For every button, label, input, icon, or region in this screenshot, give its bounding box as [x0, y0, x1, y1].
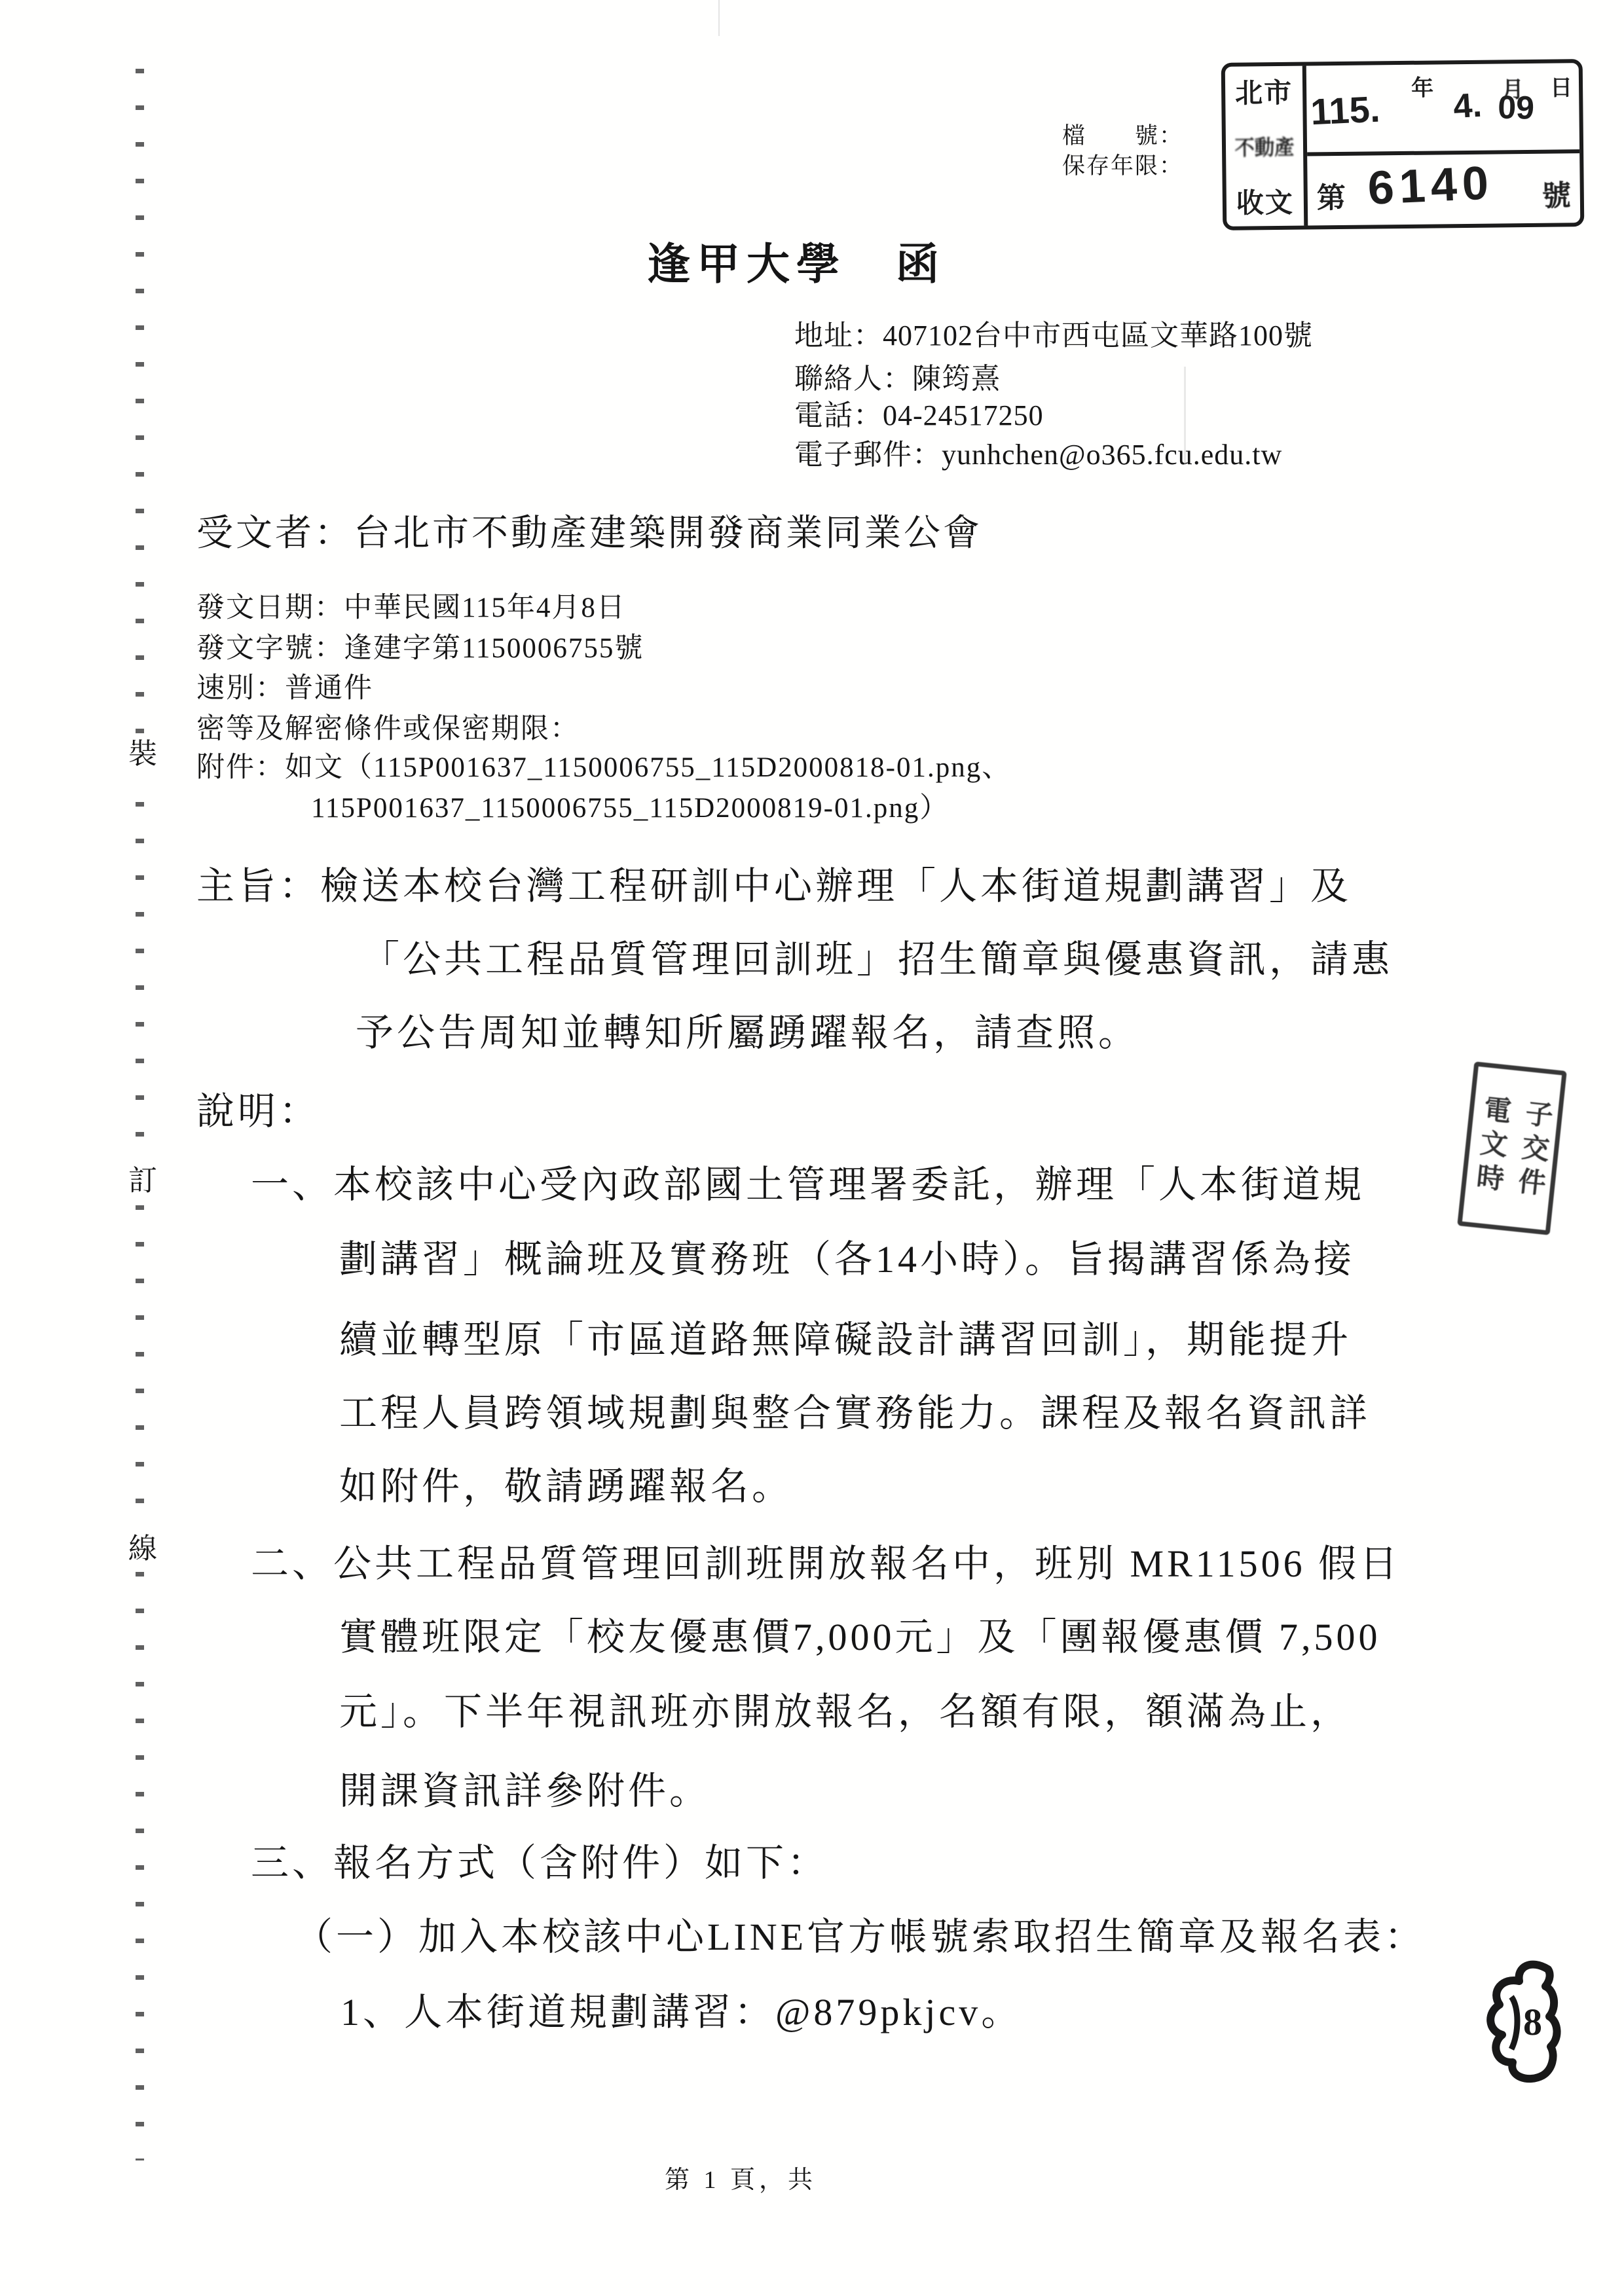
explanation-item2-line-1: 二、公共工程品質管理回訓班開放報名中，班別 MR11506 假日: [251, 1533, 1401, 1588]
contact-phone: 電話：04-24517250: [794, 392, 1044, 433]
file-number-label: 檔 號：: [1062, 118, 1183, 151]
stamp-day-unit: 日: [1550, 69, 1573, 101]
stamp-org-line2: 不動產: [1234, 131, 1295, 162]
explanation-item2-line-3: 元」。下半年視訊班亦開放報名，名額有限，額滿為止，: [339, 1681, 1352, 1736]
subject-line-1: 主旨：檢送本校台灣工程研訓中心辦理「人本街道規劃講習」及: [196, 855, 1352, 910]
explanation-item1-line-3: 續並轉型原「市區道路無障礙設計講習回訓」，期能提升: [339, 1309, 1352, 1364]
electronic-exchange-stamp: 子交件 電文時: [1457, 1061, 1567, 1235]
stamp-no-unit: 號: [1541, 172, 1571, 213]
explanation-item1-line-4: 工程人員跨領域規劃與整合實務能力。課程及報名資訊詳: [339, 1382, 1371, 1437]
meta-attachment-line1: 附件：如文（115P001637_1150006755_115D2000818-…: [196, 745, 1011, 785]
receipt-stamp-right-column: 115. 年 4. 月 09 日 第 6140 號: [1306, 63, 1581, 225]
contact-address: 地址：407102台中市西屯區文華路100號: [794, 312, 1313, 354]
stamp-no-prefix: 第: [1316, 174, 1346, 216]
stamp-day-value: 09: [1498, 88, 1535, 127]
scanned-letter-page: 裝 訂 線 檔 號： 保存年限： 北市 不動產 收文 115. 年 4. 月 0…: [0, 0, 1624, 2296]
contact-email: 電子郵件：yunhchen@o365.fcu.edu.tw: [794, 431, 1282, 473]
e-stamp-right-column: 子交件: [1508, 1098, 1558, 1203]
meta-speed: 速別：普通件: [196, 666, 373, 706]
page-footer: 第 1 頁，共: [665, 2159, 817, 2195]
stamp-year-unit: 年: [1411, 70, 1434, 102]
e-stamp-left-column: 電文時: [1466, 1093, 1516, 1199]
stamp-month-value: 4.: [1452, 86, 1483, 127]
explanation-label: 說明：: [196, 1080, 320, 1135]
stamp-no-value: 6140: [1367, 156, 1495, 215]
explanation-item1-line-5: 如附件，敬請踴躍報名。: [339, 1455, 793, 1510]
receipt-stamp-date-row: 115. 年 4. 月 09 日: [1306, 63, 1579, 156]
partial-seal-digit: 8: [1523, 2001, 1542, 2043]
stamp-year-value: 115.: [1310, 88, 1381, 134]
document-title: 逢甲大學 函: [647, 229, 946, 291]
partial-seal-inner-line: [1511, 1997, 1517, 2049]
receipt-stamp: 北市 不動產 收文 115. 年 4. 月 09 日 第 6140 號: [1221, 59, 1585, 230]
stamp-org-line1: 北市: [1235, 71, 1293, 111]
scan-artifact: [1184, 367, 1186, 465]
binding-char-ding: 訂: [124, 1160, 161, 1202]
receipt-stamp-number-row: 第 6140 號: [1307, 153, 1580, 225]
binding-char-zhuang: 裝: [124, 733, 161, 775]
explanation-item2-line-2: 實體班限定「校友優惠價7,000元」及「團報優惠價 7,500: [339, 1606, 1381, 1661]
explanation-item1-line-2: 劃講習」概論班及實務班（各14小時）。旨揭講習係為接: [339, 1228, 1355, 1283]
subject-line-3: 予公告周知並轉知所屬踴躍報名，請查照。: [356, 1002, 1139, 1057]
binding-dotted-line: [136, 69, 144, 2160]
meta-security: 密等及解密條件或保密期限：: [196, 706, 580, 746]
meta-issue-date: 發文日期：中華民國115年4月8日: [196, 585, 626, 625]
meta-attachment-line2: 115P001637_1150006755_115D2000819-01.png…: [311, 786, 949, 826]
explanation-item2-line-4: 開課資訊詳參附件。: [339, 1760, 710, 1815]
explanation-item1-line-1: 一、本校該中心受內政部國土管理署委託，辦理「人本街道規: [251, 1154, 1365, 1209]
binding-char-xian: 線: [124, 1528, 161, 1570]
stamp-org-line3: 收文: [1236, 181, 1295, 221]
contact-person: 聯絡人：陳筠熹: [794, 355, 1001, 397]
explanation-item3-line: 三、報名方式（含附件）如下：: [251, 1832, 828, 1887]
retention-period-label: 保存年限：: [1062, 148, 1183, 181]
explanation-item3-sub1-line: （一）加入本校該中心LINE官方帳號索取招生簡章及報名表：: [295, 1906, 1426, 1961]
explanation-item3-sub1-point1-line: 1、人本街道規劃講習：@879pkjcv。: [341, 1981, 1022, 2036]
scan-artifact-crease: [718, 0, 720, 36]
subject-line-2: 「公共工程品質管理回訓班」招生簡章與優惠資訊，請惠: [361, 928, 1393, 983]
receipt-stamp-org-column: 北市 不動產 收文: [1225, 66, 1308, 227]
meta-doc-number: 發文字號：逢建字第1150006755號: [196, 626, 644, 666]
recipient-line: 受文者：台北市不動產建築開發商業同業公會: [196, 504, 982, 556]
partial-seal: 8: [1485, 1958, 1570, 2085]
